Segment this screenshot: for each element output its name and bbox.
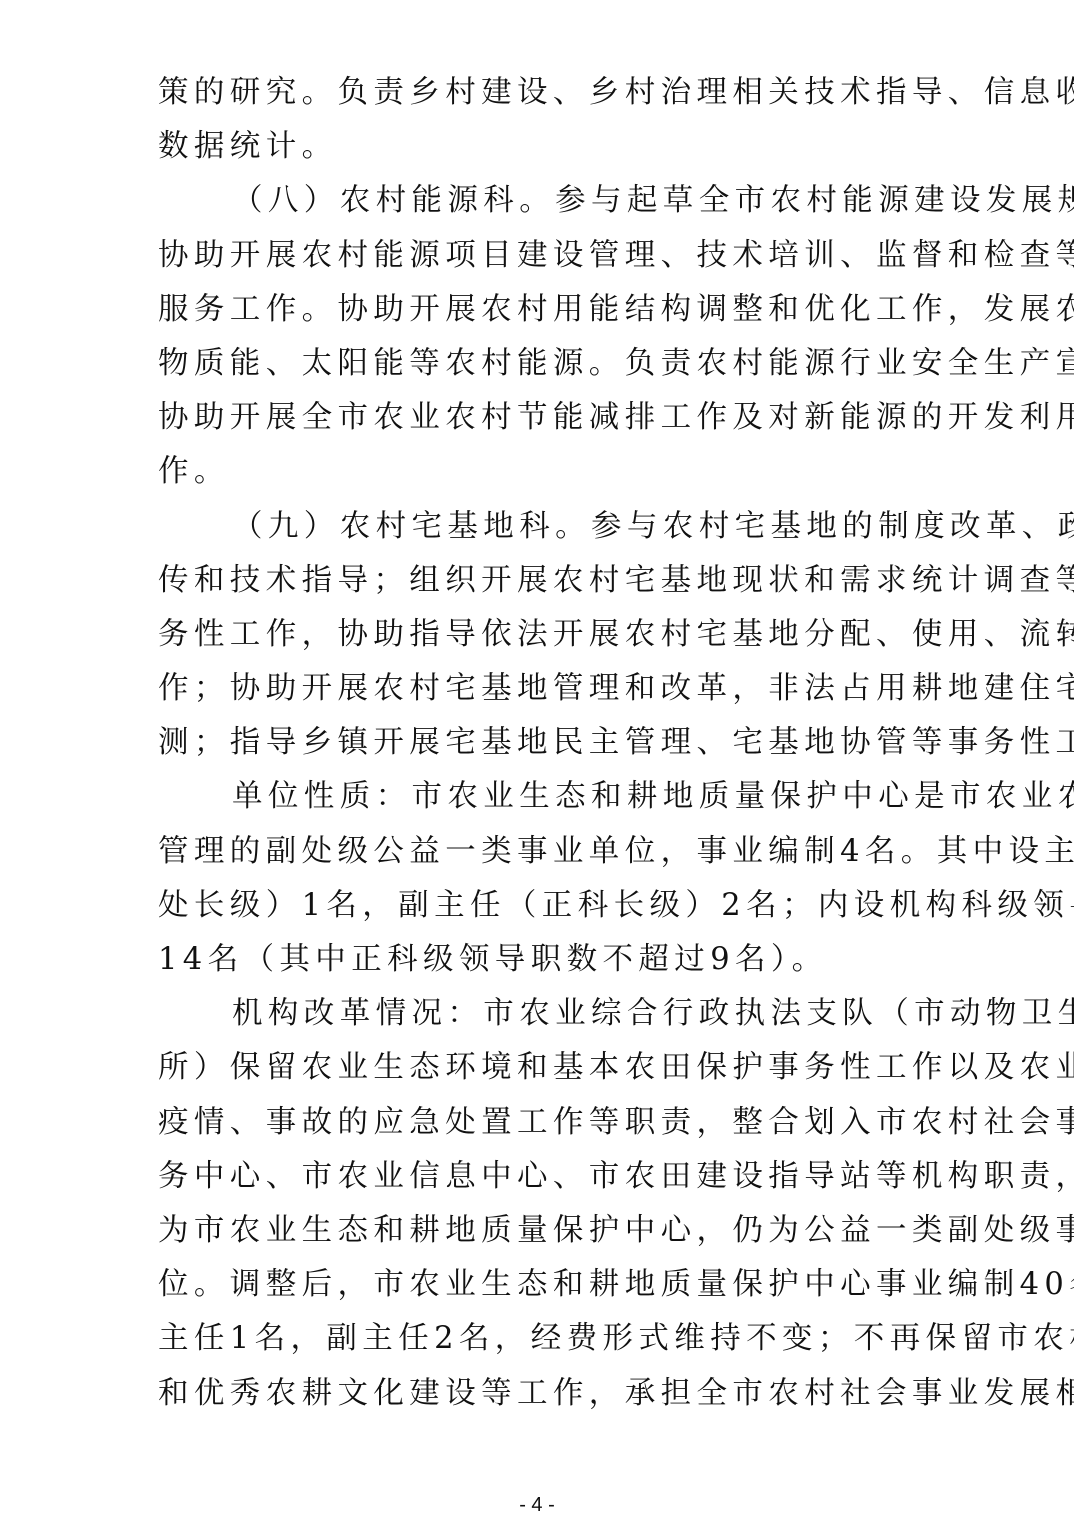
text-line: 位。调整后，市农业生态和耕地质量保护中心事业编制40名，设 bbox=[158, 1258, 934, 1312]
document-page: 策的研究。负责乡村建设、乡村治理相关技术指导、信息收集和 数据统计。 （八）农村… bbox=[0, 0, 1074, 1520]
text-line: 物质能、太阳能等农村能源。负责农村能源行业安全生产宣传。 bbox=[158, 337, 934, 391]
text-line: 协助开展全市农业农村节能减排工作及对新能源的开发利用工 bbox=[158, 391, 934, 445]
text-line: 管理的副处级公益一类事业单位，事业编制4名。其中设主任（副 bbox=[158, 825, 934, 879]
section-heading-line: （八）农村能源科。参与起草全市农村能源建设发展规划。 bbox=[158, 174, 934, 228]
text-line: 和优秀农耕文化建设等工作，承担全市农村社会事业发展相关政 bbox=[158, 1367, 934, 1421]
text-line: 作。 bbox=[158, 445, 934, 499]
text-line: 为市农业生态和耕地质量保护中心，仍为公益一类副处级事业单 bbox=[158, 1204, 934, 1258]
text-line: 务中心、市农业信息中心、市农田建设指导站等机构职责，更名 bbox=[158, 1150, 934, 1204]
paragraph-start-line: 机构改革情况：市农业综合行政执法支队（市动物卫生监督 bbox=[158, 987, 934, 1041]
text-line: 所）保留农业生态环境和基本农田保护事务性工作以及农业领域 bbox=[158, 1041, 934, 1095]
text-line: 测；指导乡镇开展宅基地民主管理、宅基地协管等事务性工作。 bbox=[158, 716, 934, 770]
text-line: 策的研究。负责乡村建设、乡村治理相关技术指导、信息收集和 bbox=[158, 66, 934, 120]
text-line: 处长级）1名，副主任（正科长级）2名；内设机构科级领导职数 bbox=[158, 879, 934, 933]
section-heading-line: （九）农村宅基地科。参与农村宅基地的制度改革、政策宣 bbox=[158, 500, 934, 554]
body-text: 策的研究。负责乡村建设、乡村治理相关技术指导、信息收集和 数据统计。 （八）农村… bbox=[158, 66, 934, 1421]
text-line: 数据统计。 bbox=[158, 120, 934, 174]
text-line: 疫情、事故的应急处置工作等职责，整合划入市农村社会事务服 bbox=[158, 1096, 934, 1150]
text-line: 主任1名，副主任2名，经费形式维持不变；不再保留市农村社会 bbox=[158, 1312, 934, 1366]
text-line: 作；协助开展农村宅基地管理和改革，非法占用耕地建住宅监 bbox=[158, 662, 934, 716]
text-line: 服务工作。协助开展农村用能结构调整和优化工作，发展农业生 bbox=[158, 283, 934, 337]
text-line: 传和技术指导；组织开展农村宅基地现状和需求统计调查等相关 bbox=[158, 554, 934, 608]
text-line: 协助开展农村能源项目建设管理、技术培训、监督和检查等综合 bbox=[158, 229, 934, 283]
page-number: - 4 - bbox=[0, 1494, 1074, 1517]
paragraph-start-line: 单位性质：市农业生态和耕地质量保护中心是市农业农村局 bbox=[158, 770, 934, 824]
text-line: 务性工作，协助指导依法开展农村宅基地分配、使用、流转工 bbox=[158, 608, 934, 662]
text-line: 14名（其中正科级领导职数不超过9名）。 bbox=[158, 933, 934, 987]
